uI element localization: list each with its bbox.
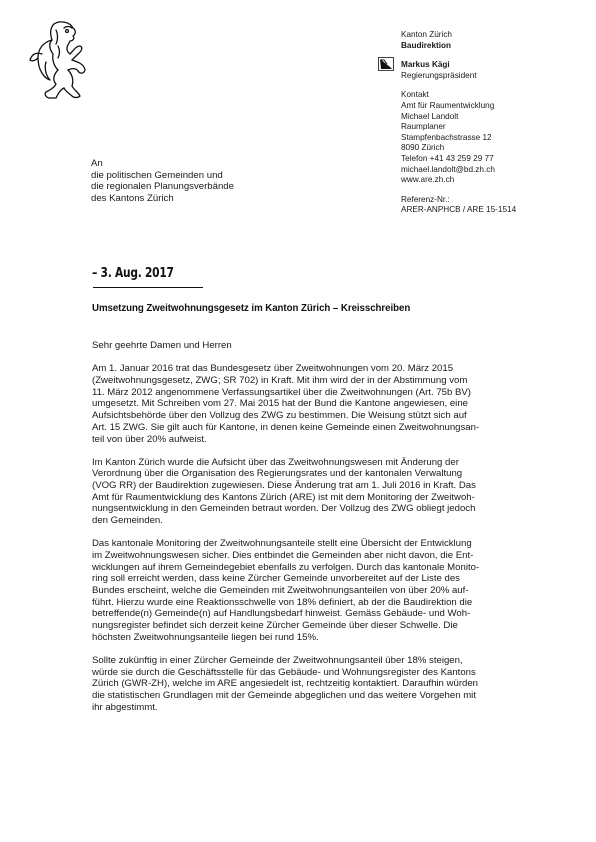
date-underline: [93, 287, 203, 288]
official-name: Markus Kägi: [401, 60, 516, 71]
directorate-name: Baudirektion: [401, 41, 516, 52]
text-line: betreffende(n) Gemeinde(n) auf Handlungs…: [92, 608, 532, 620]
official-title: Regierungspräsident: [401, 71, 516, 82]
letter-subject: Umsetzung Zweitwohnungsgesetz im Kanton …: [92, 303, 410, 314]
text-line: Art. 15 ZWG. Sie gilt auch für Kantone, …: [92, 422, 532, 434]
text-line: (Zweitwohnungsgesetz, ZWG; SR 702) in Kr…: [92, 375, 532, 387]
paragraph-2: Im Kanton Zürich wurde die Aufsicht über…: [92, 457, 532, 527]
text-line: wicklungen auf ihrem Gemeindegebiet eben…: [92, 562, 532, 574]
recipient-line: die regionalen Planungsverbände: [91, 181, 234, 193]
text-line: nungsentwicklung in den Gemeinden betrau…: [92, 503, 532, 515]
letter-body: Sehr geehrte Damen und Herren Am 1. Janu…: [92, 340, 532, 725]
contact-phone: Telefon +41 43 259 29 77: [401, 154, 516, 165]
date-stamp: – 3. Aug. 2017: [92, 266, 174, 281]
text-line: ring soll erreicht werden, dass keine Zü…: [92, 573, 532, 585]
text-line: (VOG RR) der Baudirektion zugewiesen. Di…: [92, 480, 532, 492]
text-line: ihr abgestimmt.: [92, 702, 532, 714]
text-line: Aufsichtsbehörde über den Vollzug des ZW…: [92, 410, 532, 422]
recipient-line: die politischen Gemeinden und: [91, 170, 234, 182]
zurich-lion-icon: [20, 18, 90, 100]
text-line: Verordnung über die Organisation des Reg…: [92, 468, 532, 480]
recipient-address: An die politischen Gemeinden und die reg…: [91, 158, 234, 204]
paragraph-1: Am 1. Januar 2016 trat das Bundesgesetz …: [92, 363, 532, 445]
contact-department: Amt für Raumentwicklung: [401, 101, 516, 112]
text-line: 11. März 2012 angenommene Verfassungsart…: [92, 387, 532, 399]
sender-block: Kanton Zürich Baudirektion Markus Kägi R…: [401, 30, 516, 216]
contact-heading: Kontakt: [401, 90, 516, 101]
paragraph-4: Sollte zukünftig in einer Zürcher Gemein…: [92, 655, 532, 714]
text-line: die statistischen Grundlagen mit der Gem…: [92, 690, 532, 702]
text-line: Zürich (GWR-ZH), welche im ARE angesiede…: [92, 678, 532, 690]
reference-value: ARER-ANPHCB / ARE 15-1514: [401, 205, 516, 216]
canton-name: Kanton Zürich: [401, 30, 516, 41]
contact-email[interactable]: michael.landolt@bd.zh.ch: [401, 165, 516, 176]
text-line: Am 1. Januar 2016 trat das Bundesgesetz …: [92, 363, 532, 375]
reference-label: Referenz-Nr.:: [401, 195, 516, 206]
text-line: Amt für Raumentwicklung des Kantons Züri…: [92, 492, 532, 504]
text-line: Bundes erscheint, welche die Gemeinden m…: [92, 585, 532, 597]
text-line: den Gemeinden.: [92, 515, 532, 527]
text-line: umgesetzt. Mit Schreiben vom 27. Mai 201…: [92, 398, 532, 410]
text-line: höchsten Zweitwohnungsanteile liegen bei…: [92, 632, 532, 644]
text-line: im Zweitwohnungswesen sicher. Dies entbi…: [92, 550, 532, 562]
contact-website[interactable]: www.are.zh.ch: [401, 175, 516, 186]
recipient-line: An: [91, 158, 234, 170]
contact-city: 8090 Zürich: [401, 143, 516, 154]
text-line: führt. Hierzu wurde eine Reaktionsschwel…: [92, 597, 532, 609]
text-line: nungsregister befindet sich derzeit kein…: [92, 620, 532, 632]
contact-person: Michael Landolt: [401, 112, 516, 123]
text-line: teil von über 20% aufweist.: [92, 434, 532, 446]
salutation: Sehr geehrte Damen und Herren: [92, 340, 532, 352]
text-line: Im Kanton Zürich wurde die Aufsicht über…: [92, 457, 532, 469]
signet-icon: [378, 57, 394, 71]
contact-street: Stampfenbachstrasse 12: [401, 133, 516, 144]
text-line: würde sie durch die Geschäftsstelle für …: [92, 667, 532, 679]
text-line: Das kantonale Monitoring der Zweitwohnun…: [92, 538, 532, 550]
recipient-line: des Kantons Zürich: [91, 193, 234, 205]
text-line: Sollte zukünftig in einer Zürcher Gemein…: [92, 655, 532, 667]
contact-role: Raumplaner: [401, 122, 516, 133]
paragraph-3: Das kantonale Monitoring der Zweitwohnun…: [92, 538, 532, 643]
